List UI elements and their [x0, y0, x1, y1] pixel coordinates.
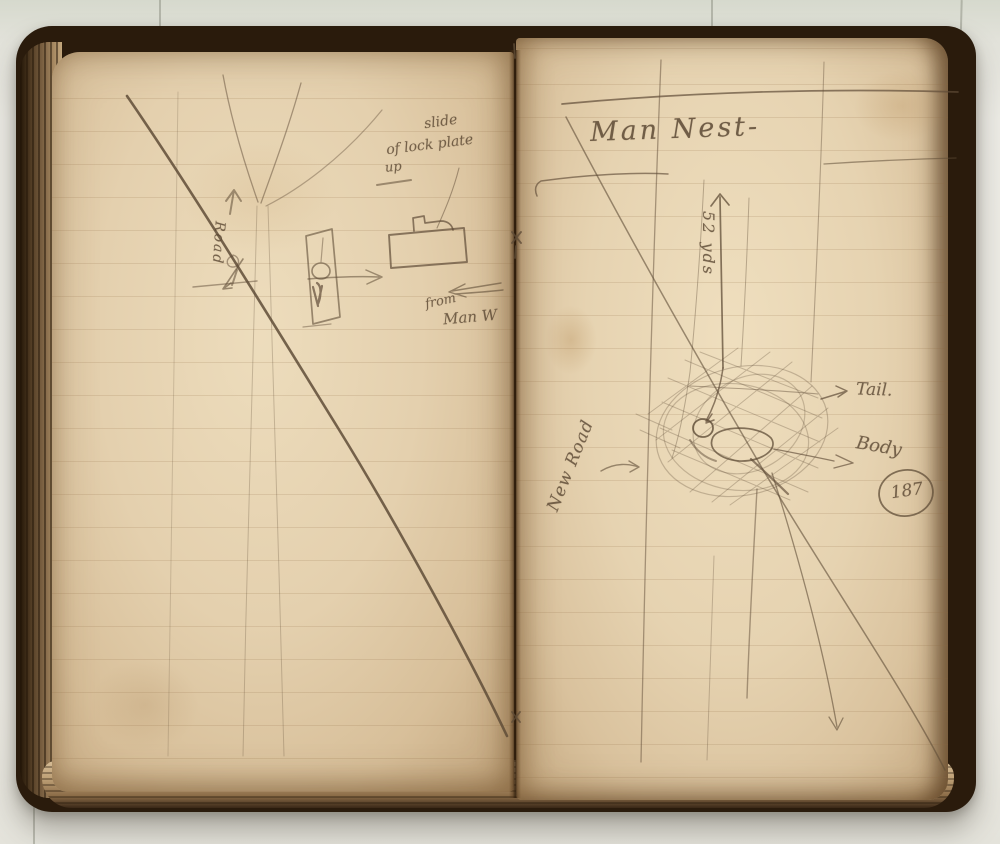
photo-background: { "colors": { "background": "#ecebe5", "… — [0, 0, 1000, 844]
page-gutter — [509, 50, 521, 798]
ruled-lines — [52, 52, 514, 792]
left-page — [52, 52, 514, 792]
ruled-lines — [516, 38, 948, 800]
right-page — [516, 38, 948, 800]
